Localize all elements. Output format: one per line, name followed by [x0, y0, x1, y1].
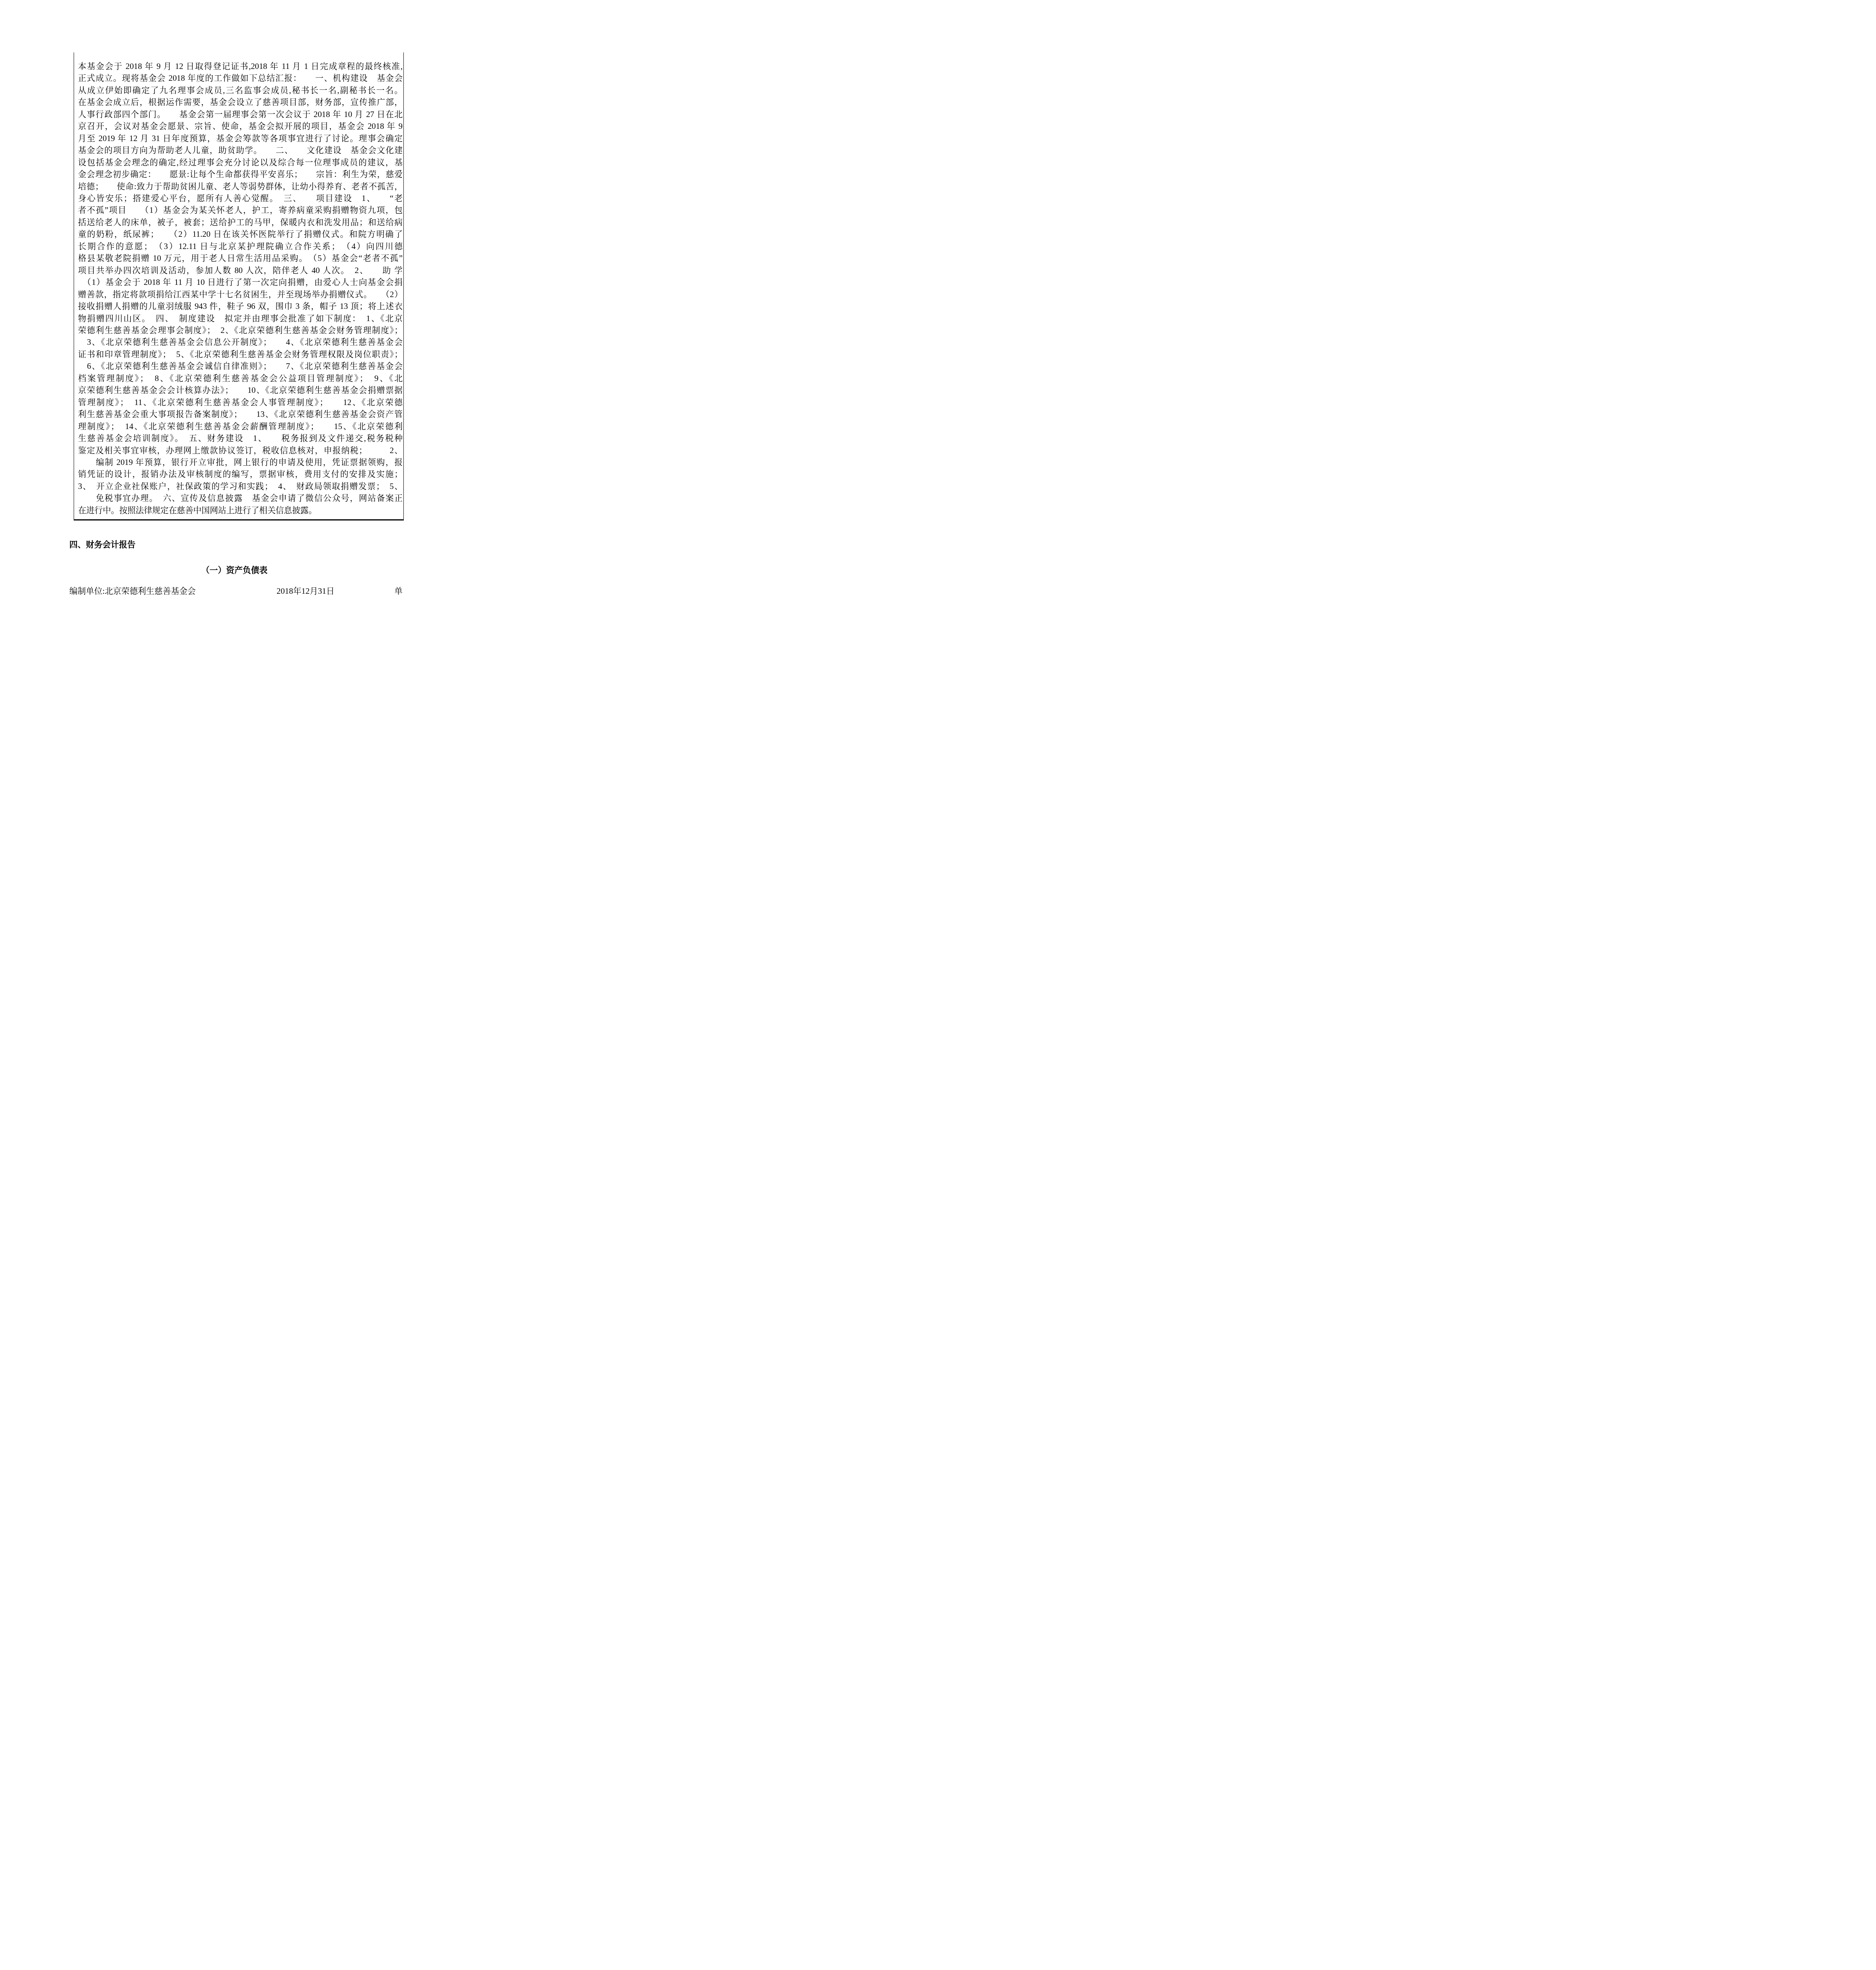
report-line: 项目共举办四次培训及活动，参加人数 80 人次，陪伴老人 40 人次。 2、 助…: [78, 264, 403, 276]
report-line: 正式成立。现将基金会 2018 年度的工作做如下总结汇报： 一、机构建设 基金会: [78, 72, 403, 84]
balance-sheet-title: （一）资产负债表: [0, 564, 469, 576]
report-line: 培德； 使命:致力于帮助贫困儿童、老人等弱势群体，让幼小得养育、老者不孤苦，: [78, 180, 403, 192]
report-line: 从成立伊始即确定了九名理事会成员,三名监事会成员,秘书长一名,副秘书长一名。: [78, 84, 403, 96]
report-line: 物捐赠四川山区。 四、 制度建设 拟定并由理事会批准了如下制度： 1、《北京: [78, 312, 403, 324]
report-line: 荣德利生慈善基金会理事会制度》； 2、《北京荣德利生慈善基金会财务管理制度》；: [78, 324, 403, 336]
report-line: （1）基金会于 2018 年 11 月 10 日进行了第一次定向捐赠，由爱心人士…: [78, 276, 403, 288]
report-line: 接收捐赠人捐赠的儿童羽绒服 943 件，鞋子 96 双，围巾 3 条，帽子 13…: [78, 300, 403, 312]
report-line: 证书和印章管理制度》； 5、《北京荣德利生慈善基金会财务管理权限及岗位职责》；: [78, 348, 403, 360]
report-line: 在进行中。按照法律规定在慈善中国网站上进行了相关信息披露。: [78, 504, 403, 516]
report-line: 金会理念初步确定： 愿景:让每个生命都获得平安喜乐； 宗旨：利生为荣，慈爱: [78, 168, 403, 180]
report-line: 人事行政部四个部门。 基金会第一届理事会第一次会议于 2018 年 10 月 2…: [78, 108, 403, 120]
report-line: 3、《北京荣德利生慈善基金会信息公开制度》； 4、《北京荣德利生慈善基金会: [78, 336, 403, 348]
report-line: 者不孤”项目 （1）基金会为某关怀老人，护工，寄养病童采购捐赠物资九项，包: [78, 204, 403, 216]
report-line: 免税事宜办理。 六、宣传及信息披露 基金会申请了微信公众号，网站备案正: [78, 492, 403, 504]
report-line: 赠善款，指定将款项捐给江西某中学十七名贫困生，并至现场举办捐赠仪式。 （2）: [78, 288, 403, 300]
report-line: 月至 2019 年 12 月 31 日年度预算，基金会筹款等各项事宜进行了讨论。…: [78, 132, 403, 144]
report-line: 编制 2019 年预算，银行开立审批，网上银行的申请及使用，凭证票据领购，报: [78, 456, 403, 468]
report-line: 本基金会于 2018 年 9 月 12 日取得登记证书,2018 年 11 月 …: [78, 60, 403, 72]
report-line: 格县某敬老院捐赠 10 万元，用于老人日常生活用品采购。 （5）基金会“老者不孤…: [78, 252, 403, 264]
report-line: 童的奶粉，纸尿裤； （2）11.20 日在该关怀医院举行了捐赠仪式。和院方明确了: [78, 228, 403, 240]
balance-sheet-meta-row: 编制单位:北京荣德利生慈善基金会 2018年12月31日 单: [69, 585, 403, 597]
report-line: 长期合作的意愿； （3）12.11 日与北京某护理院确立合作关系； （4）向四川…: [78, 240, 403, 252]
report-line: 括送给老人的床单，被子，被套；送给护工的马甲，保暖内衣和洗发用品；和送给病: [78, 216, 403, 228]
report-line: 设包括基金会理念的确定,经过理事会充分讨论以及综合每一位理事成员的建议，基: [78, 156, 403, 168]
prepared-by-label: 编制单位:北京荣德利生慈善基金会: [69, 585, 196, 597]
report-line: 在基金会成立后，根据运作需要，基金会设立了慈善项目部，财务部，宣传推广部，: [78, 96, 403, 108]
report-line: 档案管理制度》； 8、《北京荣德利生慈善基金会公益项目管理制度》； 9、《北: [78, 372, 403, 384]
report-line: 京召开，会议对基金会愿景、宗旨、使命，基金会拟开展的项目，基金会 2018 年 …: [78, 120, 403, 132]
report-line: 鉴定及相关事宜审核，办理网上缴款协议签订，税收信息核对，申报纳税； 2、: [78, 444, 403, 456]
unit-label-fragment: 单: [394, 585, 403, 597]
annual-report-summary-box: 本基金会于 2018 年 9 月 12 日取得登记证书,2018 年 11 月 …: [74, 52, 404, 520]
report-line: 6、《北京荣德利生慈善基金会诚信自律准则》； 7、《北京荣德利生慈善基金会: [78, 360, 403, 372]
report-date: 2018年12月31日: [277, 585, 334, 597]
report-line: 销凭证的设计，报销办法及审核制度的编写，票据审核，费用支付的安排及实施；: [78, 468, 403, 480]
report-line: 3、 开立企业社保账户，社保政策的学习和实践； 4、 财政局领取捐赠发票； 5、: [78, 480, 403, 492]
financial-report-heading: 四、财务会计报告: [69, 539, 136, 550]
document-page: 本基金会于 2018 年 9 月 12 日取得登记证书,2018 年 11 月 …: [0, 0, 469, 663]
report-line: 管理制度》； 11、《北京荣德利生慈善基金会人事管理制度》； 12、《北京荣德: [78, 396, 403, 408]
report-line: 生慈善基金会培训制度》。 五、财务建设 1、 税务报到及文件递交,税务税种: [78, 432, 403, 444]
report-line: 身心皆安乐；搭建爱心平台，愿所有人善心觉醒。 三、 项目建设 1、 “老: [78, 192, 403, 204]
report-line: 理制度》； 14、《北京荣德利生慈善基金会薪酬管理制度》； 15、《北京荣德利: [78, 420, 403, 432]
report-line: 基金会的项目方向为帮助老人儿童，助贫助学。 二、 文化建设 基金会文化建: [78, 144, 403, 156]
report-line: 京荣德利生慈善基金会会计核算办法》； 10、《北京荣德利生慈善基金会捐赠票据: [78, 384, 403, 396]
report-line: 利生慈善基金会重大事项报告备案制度》； 13、《北京荣德利生慈善基金会资产管: [78, 408, 403, 420]
